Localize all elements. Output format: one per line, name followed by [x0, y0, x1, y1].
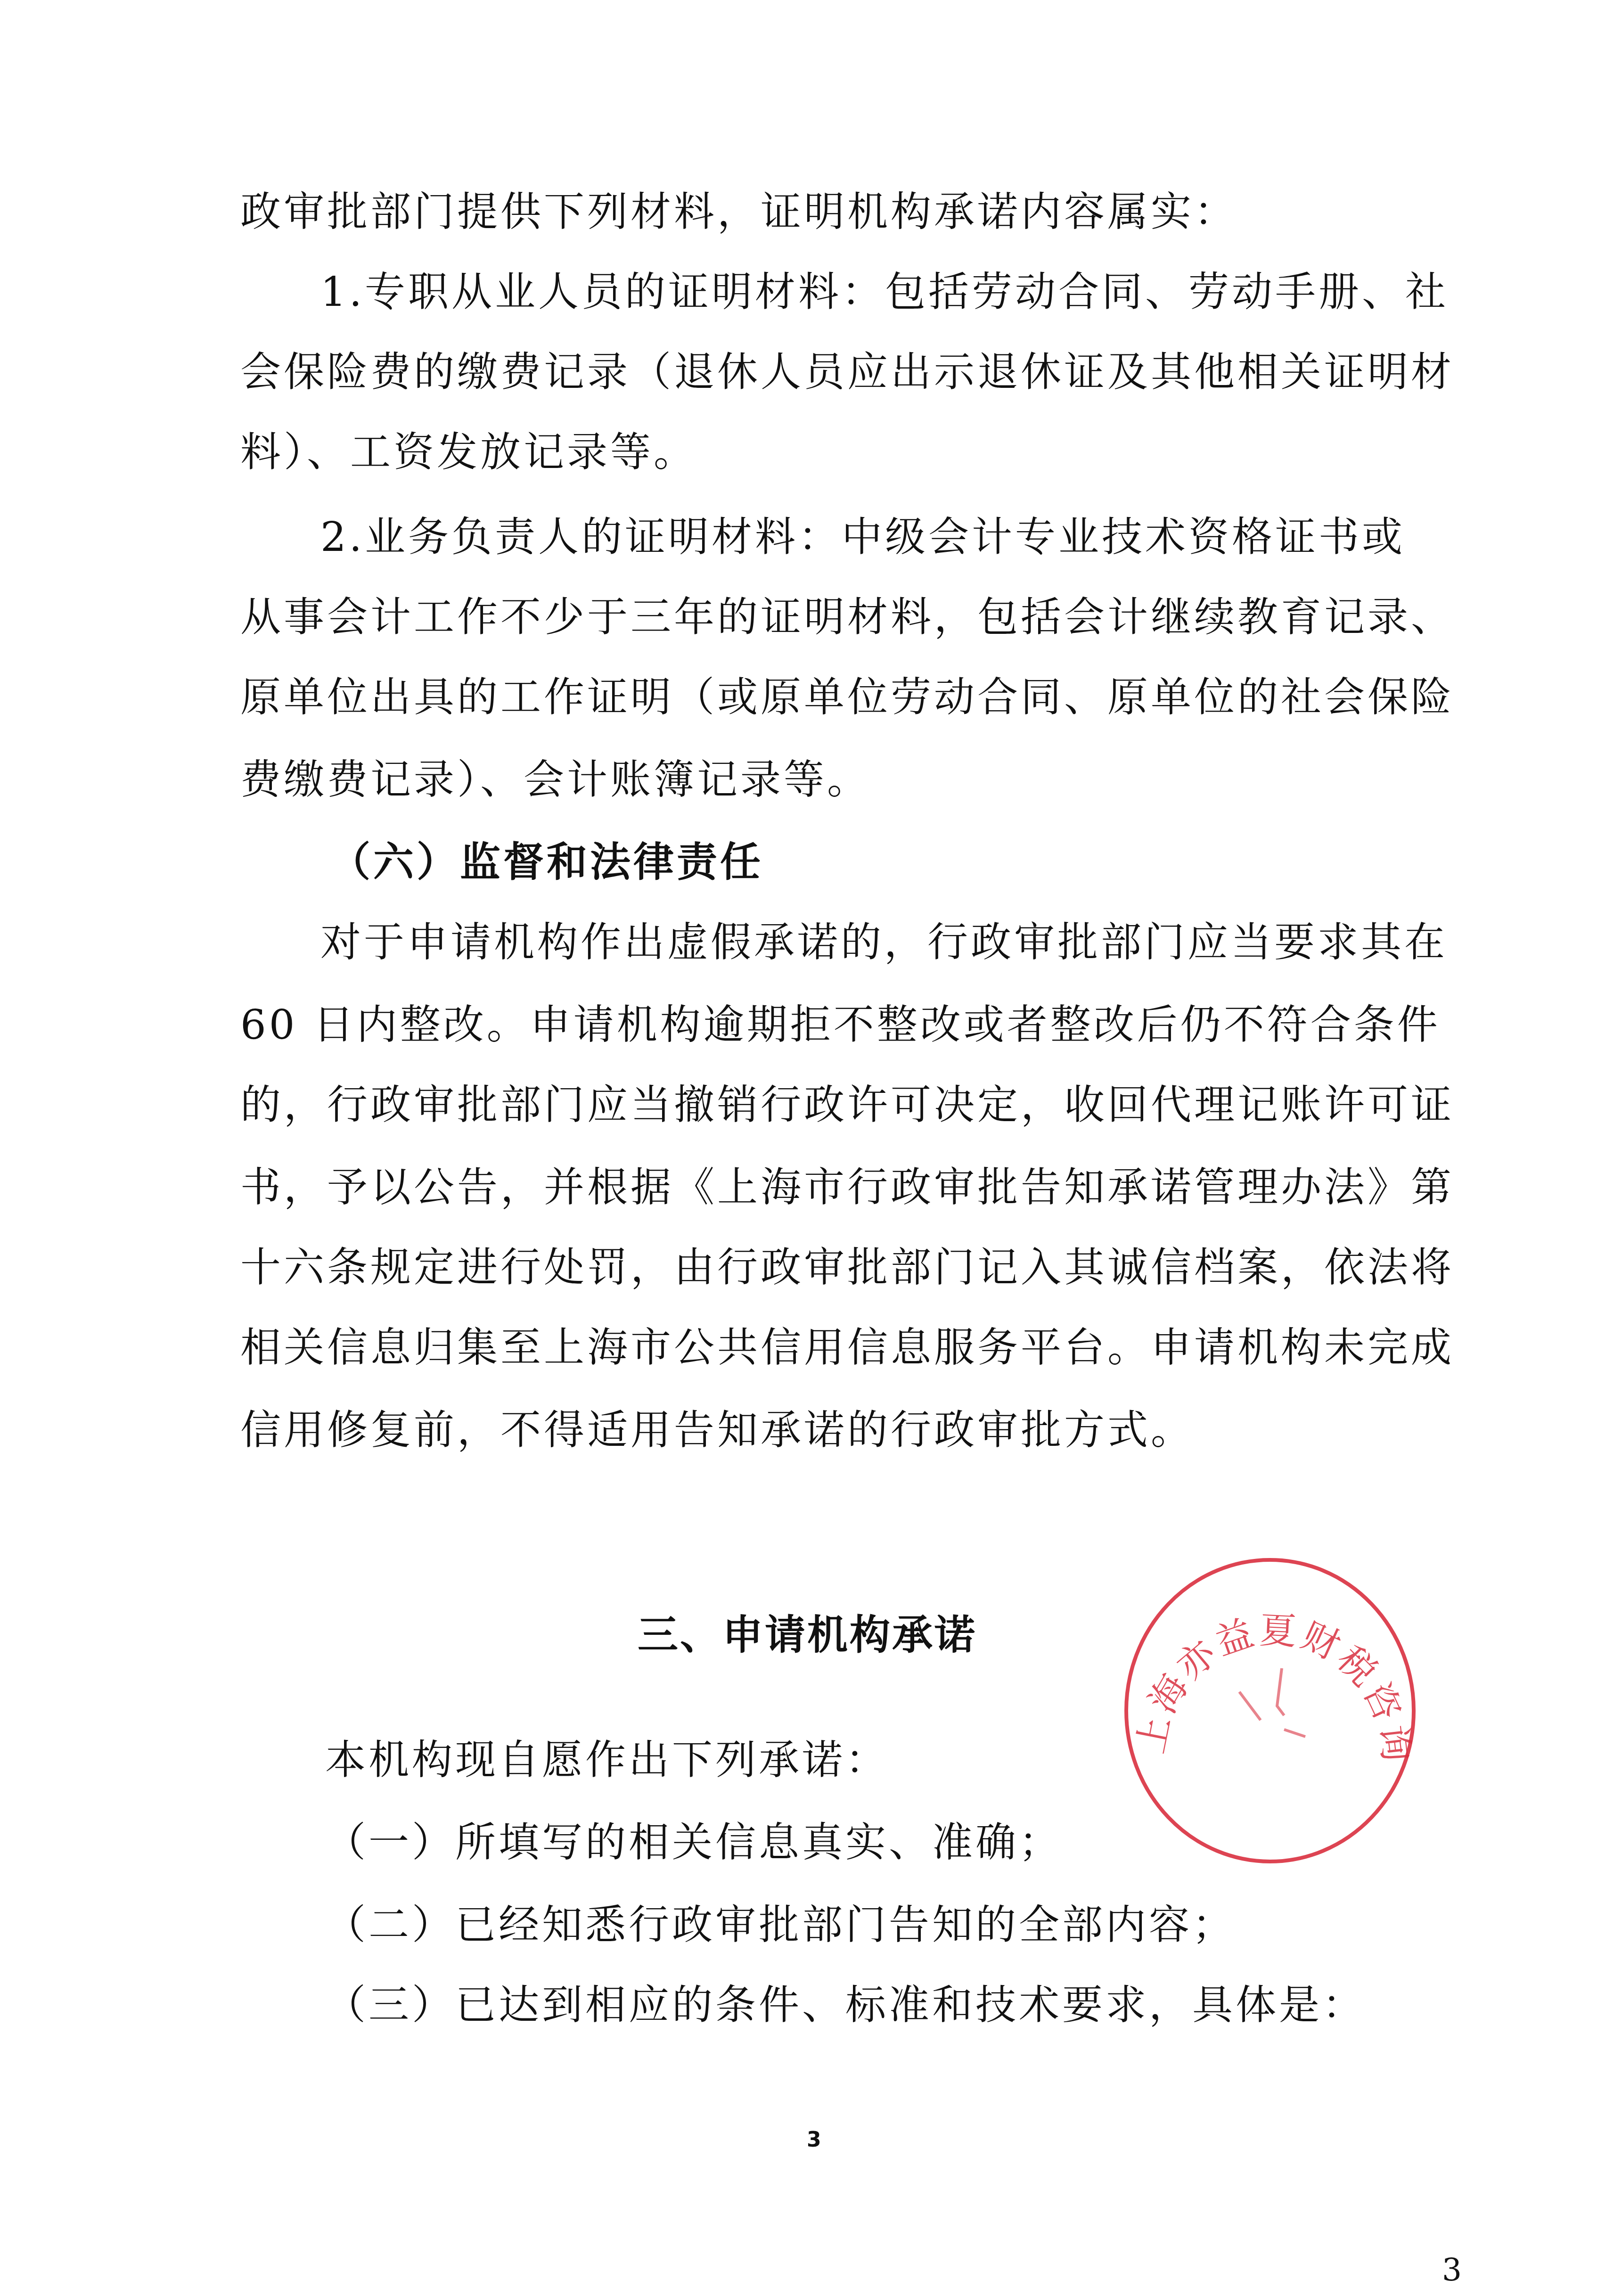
paragraph-line: 1.专职从业人员的证明材料：包括劳动合同、劳动手册、社	[320, 266, 1475, 318]
paragraph-line: 60 日内整改。申请机构逾期拒不整改或者整改后仍不符合条件	[240, 999, 1395, 1051]
seal-text: 上海亦益夏财税咨询有限公	[1119, 1550, 1418, 1767]
page-number: 3	[807, 2128, 821, 2152]
company-seal-icon: 上海亦益夏财税咨询有限公	[1119, 1550, 1421, 1871]
paragraph-line: 政审批部门提供下列材料，证明机构承诺内容属实：	[240, 186, 1395, 238]
commitment-item: （三）已达到相应的条件、标准和技术要求，具体是：	[325, 1979, 1480, 2031]
commitment-item: （二）已经知悉行政审批部门告知的全部内容；	[325, 1899, 1480, 1951]
paragraph-line: 书，予以公告，并根据《上海市行政审批告知承诺管理办法》第	[240, 1162, 1395, 1214]
paragraph-line: 从事会计工作不少于三年的证明材料，包括会计继续教育记录、	[240, 591, 1395, 643]
paragraph-line: 十六条规定进行处罚，由行政审批部门记入其诚信档案，依法将	[240, 1242, 1395, 1294]
paragraph-line: 原单位出具的工作证明（或原单位劳动合同、原单位的社会保险	[240, 672, 1395, 723]
subsection-heading: （六）监督和法律责任	[330, 836, 1484, 888]
paragraph-line: 信用修复前，不得适用告知承诺的行政审批方式。	[240, 1404, 1395, 1456]
paragraph-line: 相关信息归集至上海市公共信用信息服务平台。申请机构未完成	[240, 1322, 1395, 1374]
document-page: 政审批部门提供下列材料，证明机构承诺内容属实： 1.专职从业人员的证明材料：包括…	[0, 0, 1622, 2296]
corner-page-number: 3	[1442, 2252, 1462, 2288]
paragraph-line: 料）、工资发放记录等。	[240, 426, 1395, 478]
paragraph-line: 会保险费的缴费记录（退休人员应出示退休证及其他相关证明材	[240, 346, 1395, 398]
paragraph-line: 2.业务负责人的证明材料：中级会计专业技术资格证书或	[320, 511, 1475, 563]
paragraph-line: 对于申请机构作出虚假承诺的，行政审批部门应当要求其在	[320, 917, 1475, 968]
paragraph-line: 费缴费记录）、会计账簿记录等。	[240, 754, 1395, 806]
svg-text:上海亦益夏财税咨询有限公: 上海亦益夏财税咨询有限公	[1119, 1550, 1418, 1767]
paragraph-line: 的，行政审批部门应当撤销行政许可决定，收回代理记账许可证	[240, 1079, 1395, 1131]
